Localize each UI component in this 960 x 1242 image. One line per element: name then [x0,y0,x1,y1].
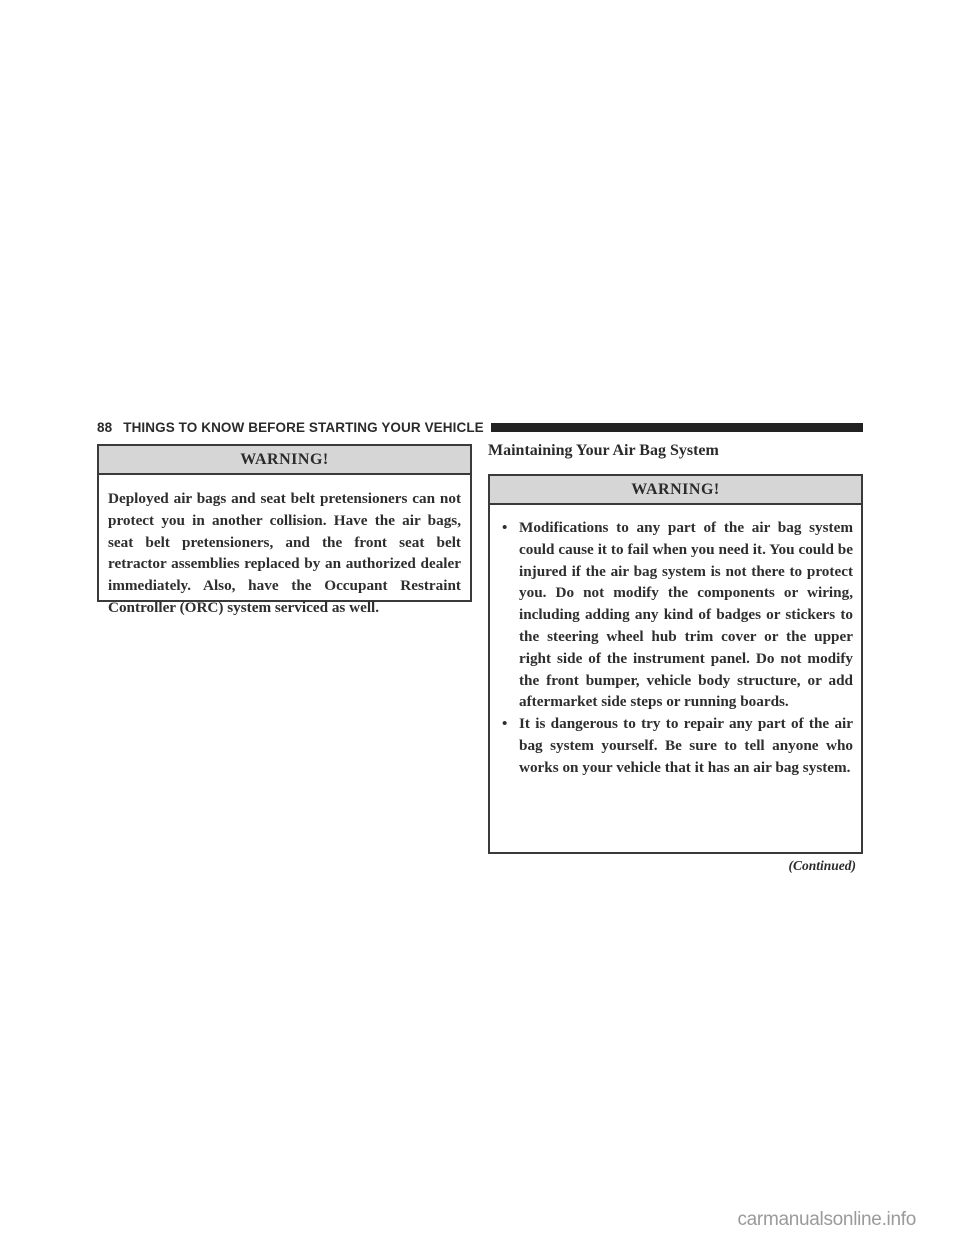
warning-title: WARNING! [99,446,470,475]
bullet-icon: • [502,713,507,735]
warning-body: Deployed air bags and seat belt pretensi… [99,475,470,619]
list-item: • It is dangerous to try to repair any p… [498,713,853,778]
section-title: THINGS TO KNOW BEFORE STARTING YOUR VEHI… [123,420,484,435]
page-number: 88 [97,420,112,435]
warning-box-deployed-airbags: WARNING! Deployed air bags and seat belt… [97,444,472,602]
bullet-text: Modifications to any part of the air bag… [519,519,853,710]
bullet-icon: • [502,517,507,539]
section-subheading: Maintaining Your Air Bag System [488,442,719,460]
list-item: • Modifications to any part of the air b… [498,517,853,713]
warning-body: • Modifications to any part of the air b… [490,505,861,779]
continued-note: (Continued) [788,858,856,874]
watermark-link[interactable]: carmanualsonline.info [737,1209,916,1231]
warning-box-maintaining-airbag: WARNING! • Modifications to any part of … [488,474,863,854]
header-rule-bar [491,423,863,432]
bullet-text: It is dangerous to try to repair any par… [519,715,853,776]
page-header: 88 THINGS TO KNOW BEFORE STARTING YOUR V… [97,417,863,437]
warning-title: WARNING! [490,476,861,505]
warning-bullet-list: • Modifications to any part of the air b… [498,517,853,779]
